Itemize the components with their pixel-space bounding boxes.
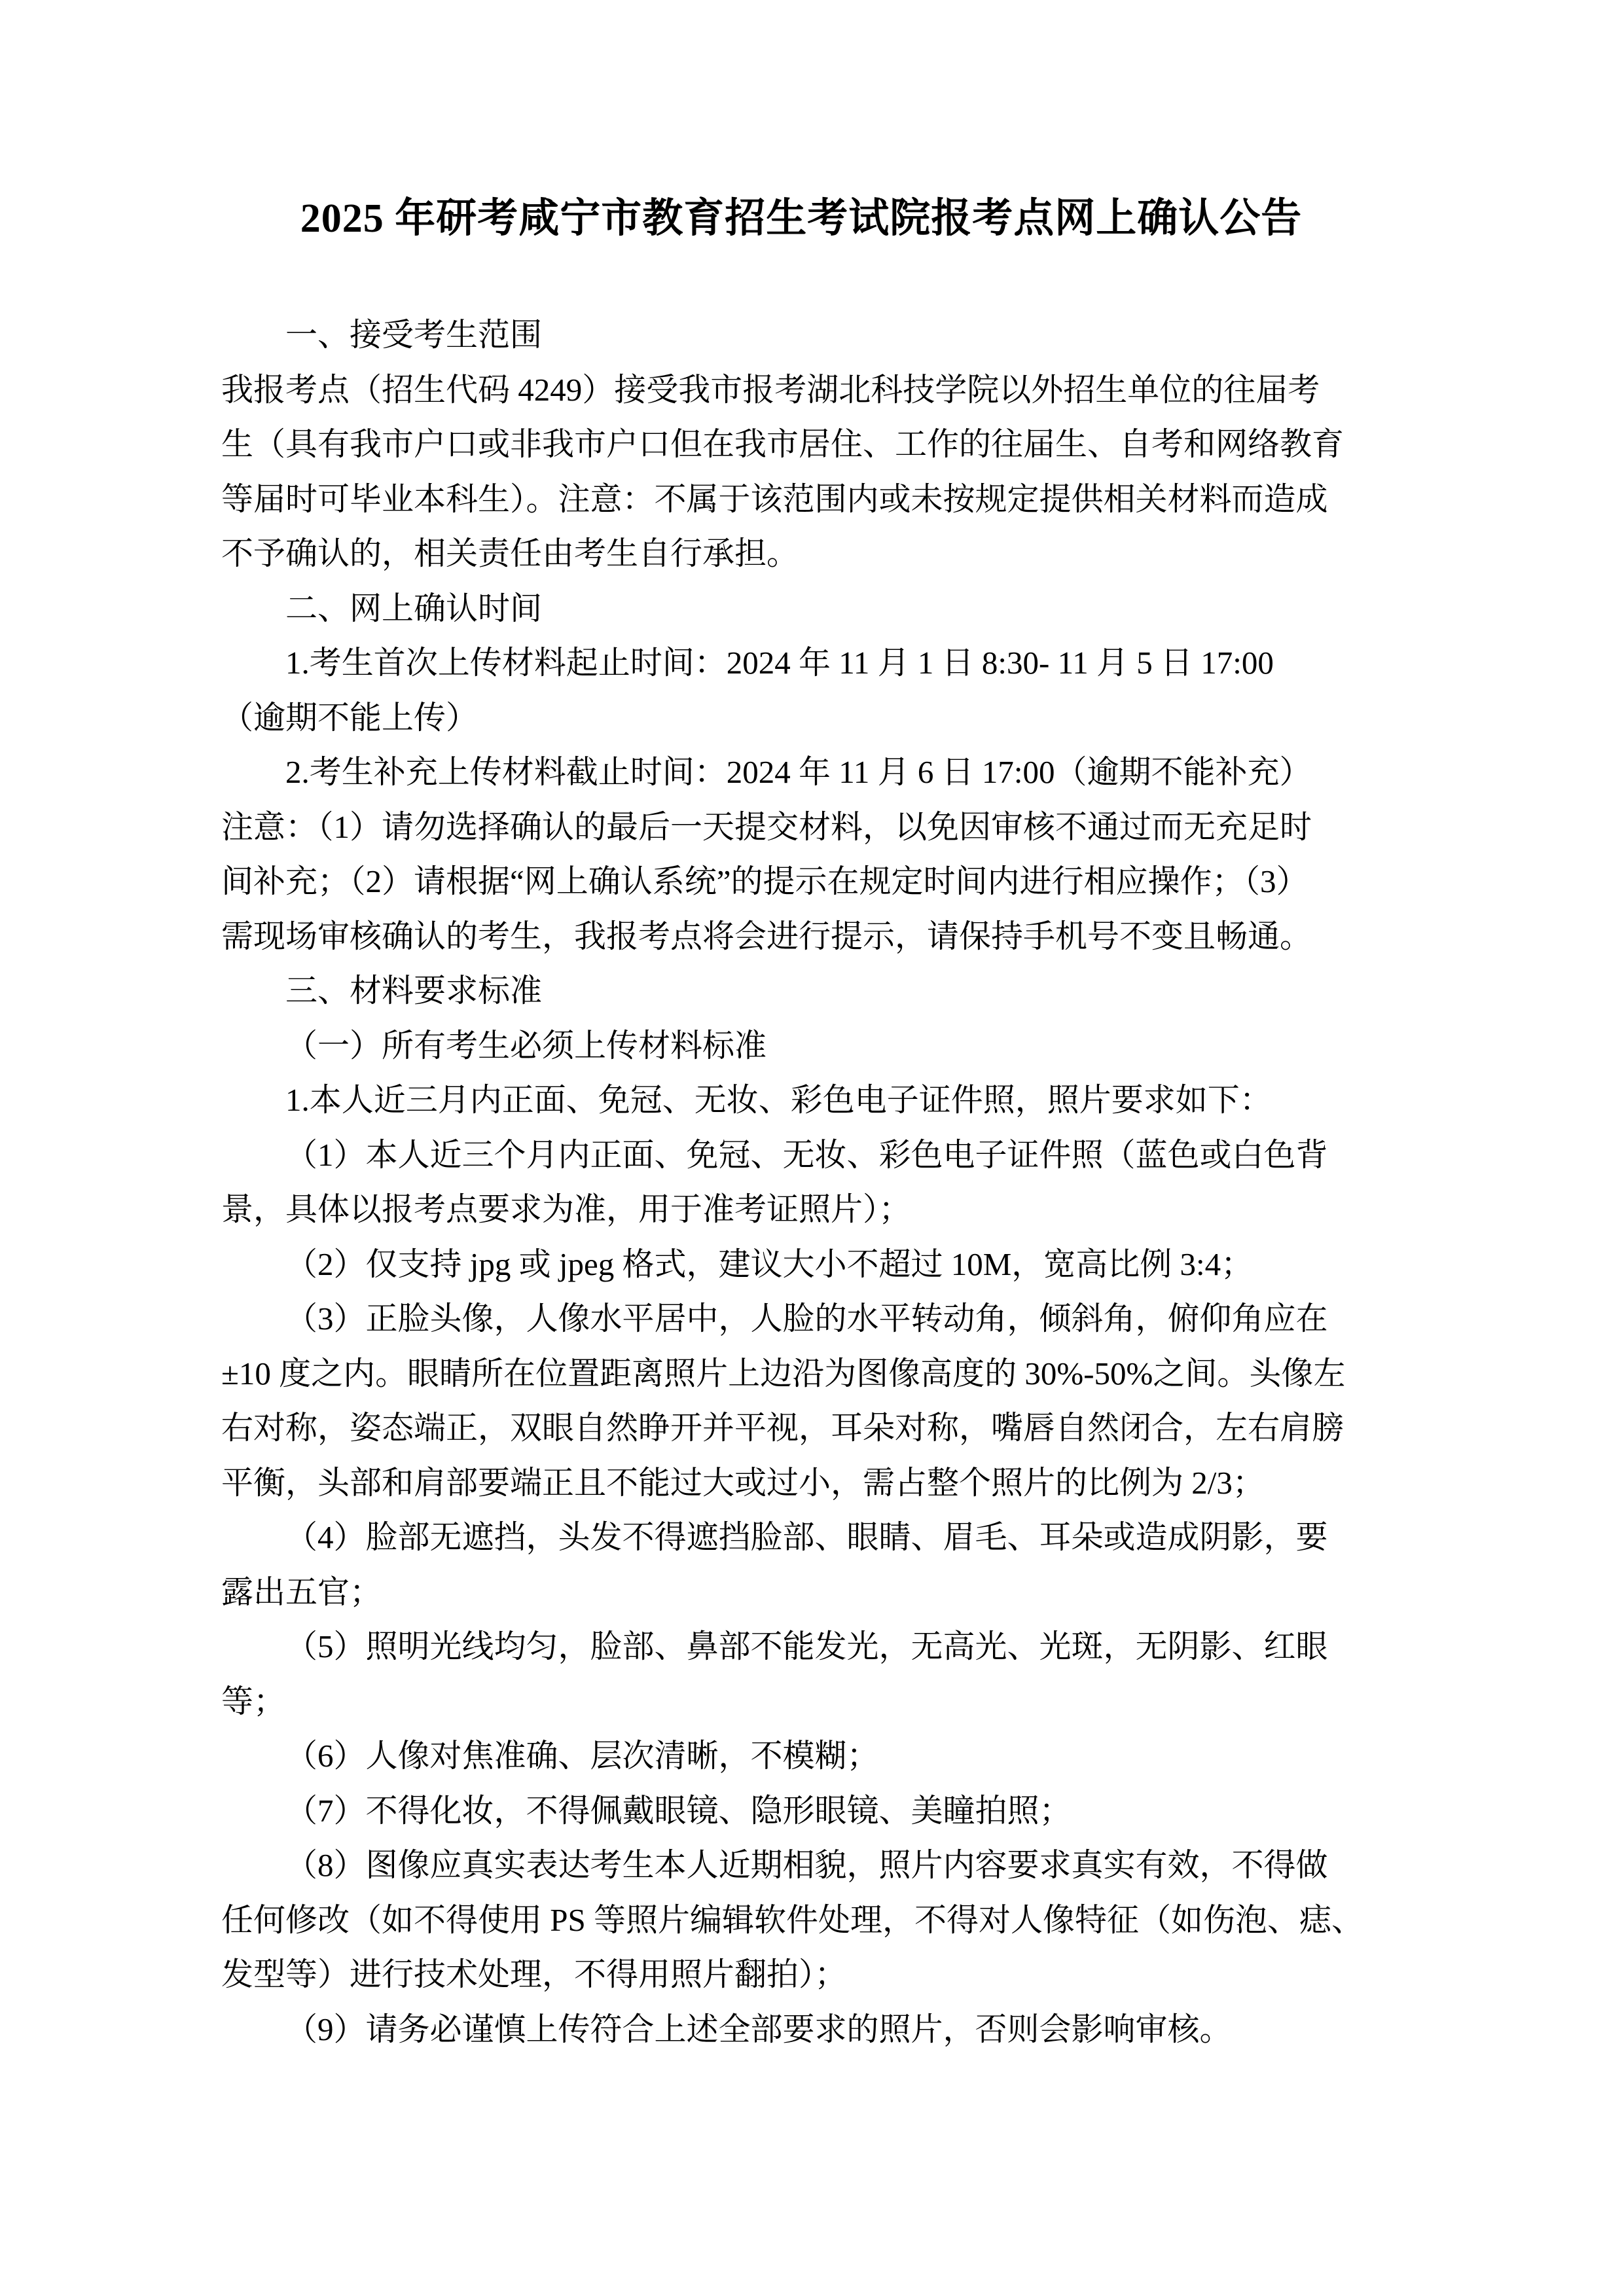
document: 2025 年研考咸宁市教育招生考试院报考点网上确认公告 一、接受考生范围我报考点… <box>0 0 1624 2056</box>
text-line: 等； <box>221 1674 1381 1729</box>
text-line: （2）仅支持 jpg 或 jpeg 格式，建议大小不超过 10M，宽高比例 3:… <box>221 1237 1381 1292</box>
text-line: 生（具有我市户口或非我市户口但在我市居住、工作的往届生、自考和网络教育 <box>221 417 1381 472</box>
text-line: 我报考点（招生代码 4249）接受我市报考湖北科技学院以外招生单位的往届考 <box>221 363 1381 418</box>
text-line: 平衡，头部和肩部要端正且不能过大或过小，需占整个照片的比例为 2/3； <box>221 1456 1381 1511</box>
document-title: 2025 年研考咸宁市教育招生考试院报考点网上确认公告 <box>221 194 1381 243</box>
text-line: （逾期不能上传） <box>221 691 1381 745</box>
text-line: 景，具体以报考点要求为准，用于准考证照片）； <box>221 1182 1381 1237</box>
text-line: 1.本人近三月内正面、免冠、无妆、彩色电子证件照，照片要求如下： <box>221 1073 1381 1128</box>
text-line: 二、网上确认时间 <box>221 581 1381 636</box>
text-line: （5）照明光线均匀，脸部、鼻部不能发光，无高光、光斑，无阴影、红眼 <box>221 1619 1381 1674</box>
text-line: （8）图像应真实表达考生本人近期相貌，照片内容要求真实有效，不得做 <box>221 1838 1381 1893</box>
text-line: 1.考生首次上传材料起止时间：2024 年 11 月 1 日 8:30- 11 … <box>221 636 1381 691</box>
text-line: 一、接受考生范围 <box>221 308 1381 363</box>
text-line: 2.考生补充上传材料截止时间：2024 年 11 月 6 日 17:00（逾期不… <box>221 745 1381 800</box>
page: 2025 年研考咸宁市教育招生考试院报考点网上确认公告 一、接受考生范围我报考点… <box>0 0 1624 2296</box>
text-line: 任何修改（如不得使用 PS 等照片编辑软件处理，不得对人像特征（如伤泡、痣、 <box>221 1893 1381 1948</box>
text-line: （9）请务必谨慎上传符合上述全部要求的照片，否则会影响审核。 <box>221 2002 1381 2057</box>
text-line: 发型等）进行技术处理，不得用照片翻拍）； <box>221 1947 1381 2002</box>
text-line: 需现场审核确认的考生，我报考点将会进行提示，请保持手机号不变且畅通。 <box>221 909 1381 964</box>
text-line: 三、材料要求标准 <box>221 963 1381 1018</box>
text-line: （1）本人近三个月内正面、免冠、无妆、彩色电子证件照（蓝色或白色背 <box>221 1128 1381 1183</box>
text-line: 不予确认的，相关责任由考生自行承担。 <box>221 526 1381 581</box>
text-line: 注意：（1）请勿选择确认的最后一天提交材料，以免因审核不通过而无充足时 <box>221 800 1381 855</box>
text-line: 等届时可毕业本科生）。注意：不属于该范围内或未按规定提供相关材料而造成 <box>221 472 1381 527</box>
text-line: 间补充；（2）请根据“网上确认系统”的提示在规定时间内进行相应操作；（3） <box>221 854 1381 909</box>
document-body: 一、接受考生范围我报考点（招生代码 4249）接受我市报考湖北科技学院以外招生单… <box>221 308 1381 2056</box>
text-line: （7）不得化妆，不得佩戴眼镜、隐形眼镜、美瞳拍照； <box>221 1784 1381 1839</box>
text-line: （3）正脸头像，人像水平居中，人脸的水平转动角，倾斜角，俯仰角应在 <box>221 1291 1381 1346</box>
text-line: 露出五官； <box>221 1565 1381 1620</box>
text-line: （4）脸部无遮挡，头发不得遮挡脸部、眼睛、眉毛、耳朵或造成阴影，要 <box>221 1510 1381 1565</box>
text-line: （一）所有考生必须上传材料标准 <box>221 1018 1381 1073</box>
text-line: ±10 度之内。眼睛所在位置距离照片上边沿为图像高度的 30%-50%之间。头像… <box>221 1346 1381 1401</box>
text-line: 右对称，姿态端正，双眼自然睁开并平视，耳朵对称，嘴唇自然闭合，左右肩膀 <box>221 1401 1381 1456</box>
text-line: （6）人像对焦准确、层次清晰，不模糊； <box>221 1729 1381 1784</box>
